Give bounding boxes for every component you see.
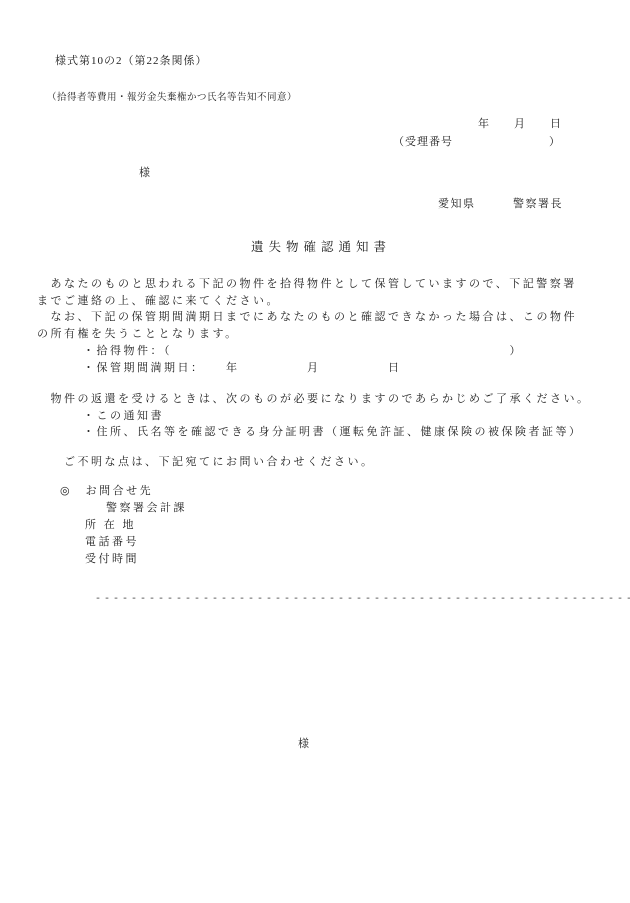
inquiry-note: ご不明な点は、下記宛てにお問い合わせください。: [37, 456, 375, 469]
form-caption: （拾得者等費用・報労金失棄権かつ氏名等告知不同意）: [47, 93, 297, 104]
addressee-top: 様: [139, 167, 151, 180]
document-title: 遺失物確認通知書: [0, 240, 630, 255]
contact-office: 警察署会計課: [106, 502, 187, 515]
cut-line: ----------------------------------------…: [95, 594, 630, 606]
body-line: 物件の返還を受けるときは、次のものが必要になりますのであらかじめご了承ください。: [37, 393, 591, 406]
deadline-line: ・保管期間満期日： 年 月 日: [83, 362, 402, 375]
contact-hours-label: 受付時間: [85, 553, 139, 566]
contact-heading: ◎ お問合せ先: [60, 485, 153, 498]
contact-phone-label: 電話番号: [85, 536, 139, 549]
contact-address-label: 所 在 地: [85, 519, 136, 532]
body-line: あなたのものと思われる下記の物件を拾得物件として保管していますので、下記警察署: [37, 278, 577, 291]
issuer-line: 愛知県 警察署長: [438, 198, 563, 211]
date-line: 年 月 日: [478, 118, 562, 131]
required-item: ・この通知書: [83, 410, 164, 423]
body-line: なお、下記の保管期間満期日までにあなたのものと確認できなかった場合は、この物件: [37, 311, 577, 324]
body-line: の所有権を失うこととなります。: [37, 328, 239, 341]
document-page: 様式第10の2（第22条関係） （拾得者等費用・報労金失棄権かつ氏名等告知不同意…: [0, 0, 630, 903]
found-item-line: ・拾得物件：（ ）: [83, 345, 523, 358]
receipt-number-line: （受理番号 ）: [393, 136, 561, 149]
body-line: までご連絡の上、確認に来てください。: [37, 295, 280, 308]
required-item: ・住所、氏名等を確認できる身分証明書（運転免許証、健康保険の被保険者証等）: [83, 426, 583, 439]
addressee-bottom: 様: [298, 738, 312, 751]
form-number: 様式第10の2（第22条関係）: [55, 55, 208, 68]
